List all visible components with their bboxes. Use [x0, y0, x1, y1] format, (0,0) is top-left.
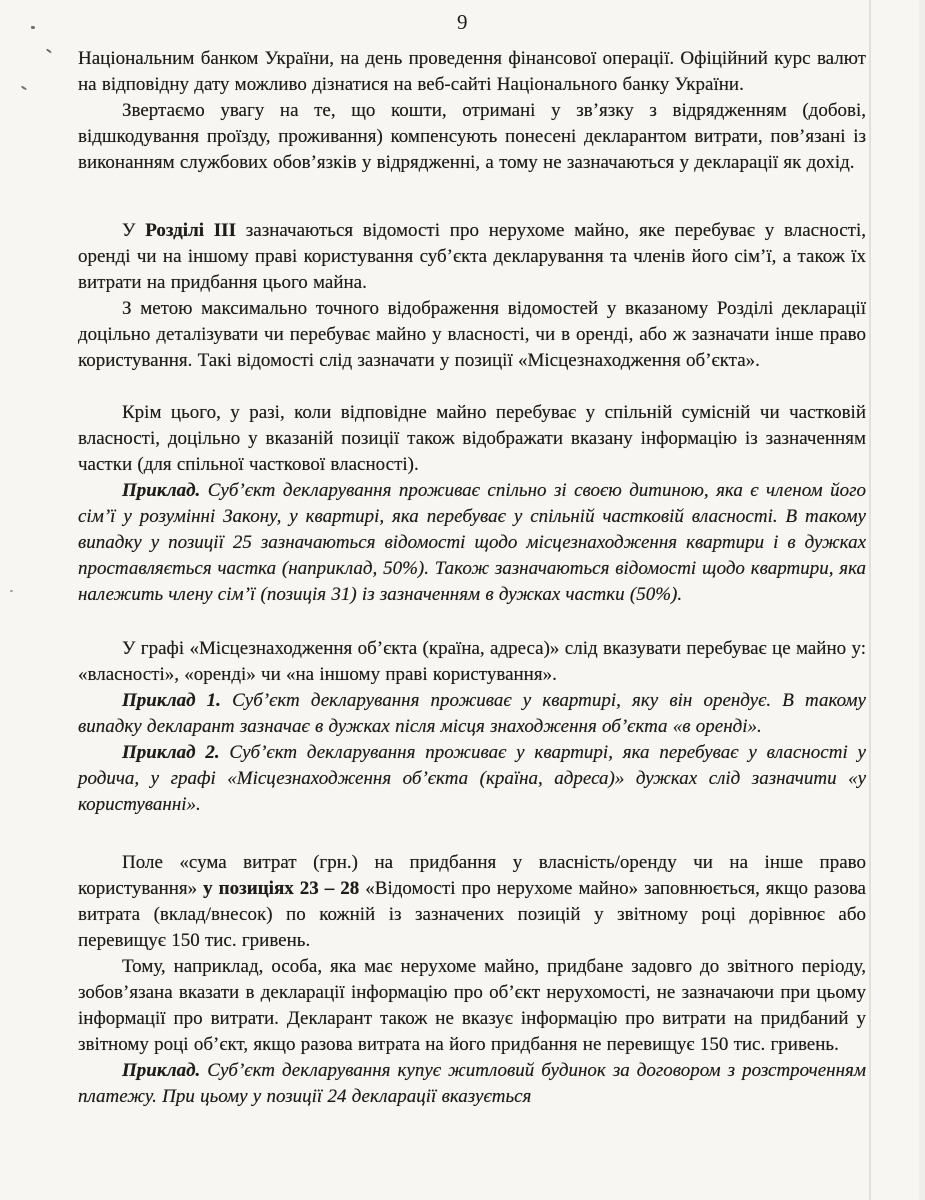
paragraph-segment: Звертаємо увагу на те, що кошти, отриман… [78, 100, 866, 173]
paragraph-segment: З метою максимально точного відображення… [78, 298, 866, 371]
scan-edge-line [869, 0, 871, 1200]
paragraph: Приклад 1. Суб’єкт декларування проживає… [78, 688, 866, 740]
paragraph-segment: Крім цього, у разі, коли відповідне майн… [78, 402, 866, 475]
paragraph: Приклад. Суб’єкт декларування проживає с… [78, 478, 866, 608]
paragraph-segment: Приклад. [122, 480, 200, 501]
paragraph-segment: Приклад 1. [122, 690, 221, 711]
paragraph: Звертаємо увагу на те, що кошти, отриман… [78, 98, 866, 176]
paragraph-segment: Приклад 2. [122, 742, 220, 763]
scan-speck [21, 86, 27, 91]
scan-edge-shade [919, 0, 925, 1200]
paragraph-segment: Національним банком України, на день про… [78, 48, 866, 95]
scan-speck [10, 590, 13, 592]
paragraph-segment: У графі «Місцезнаходження об’єкта (країн… [78, 638, 866, 685]
paragraph: Приклад 2. Суб’єкт декларування проживає… [78, 740, 866, 818]
page-number: 9 [0, 10, 925, 35]
paragraph-segment: У [122, 220, 145, 241]
document-body: Національним банком України, на день про… [78, 46, 866, 1110]
paragraph: Поле «сума витрат (грн.) на придбання у … [78, 850, 866, 954]
paragraph: Національним банком України, на день про… [78, 46, 866, 98]
paragraph: Крім цього, у разі, коли відповідне майн… [78, 400, 866, 478]
paragraph: Тому, наприклад, особа, яка має нерухоме… [78, 954, 866, 1058]
paragraph-segment: у позиціях 23 – 28 [203, 878, 359, 899]
scan-speck [31, 26, 35, 29]
paragraph: З метою максимально точного відображення… [78, 296, 866, 374]
paragraph: У графі «Місцезнаходження об’єкта (країн… [78, 636, 866, 688]
paragraph-segment: Тому, наприклад, особа, яка має нерухоме… [78, 956, 866, 1055]
paragraph: У Розділі III зазначаються відомості про… [78, 218, 866, 296]
paragraph-segment: Розділі III [145, 220, 236, 241]
paragraph-segment: Приклад. [122, 1060, 200, 1081]
paragraph: Приклад. Суб’єкт декларування купує житл… [78, 1058, 866, 1110]
scan-speck [46, 48, 52, 53]
document-page: 9 Національним банком України, на день п… [0, 0, 925, 1200]
